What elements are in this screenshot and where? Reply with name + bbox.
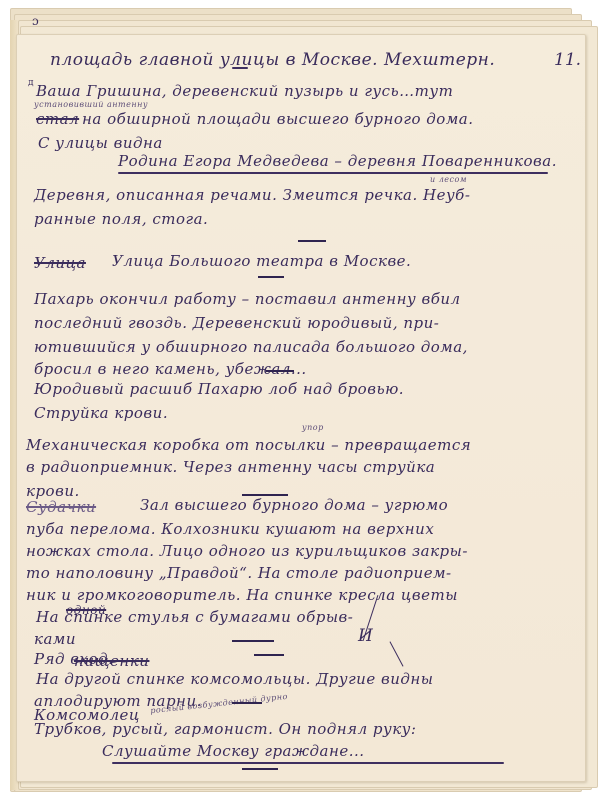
closing-line: Слушайте Москву граждане... xyxy=(102,744,365,759)
manuscript-line: на обширной площади высшего бурного дома… xyxy=(82,112,473,127)
section-dash xyxy=(232,702,262,704)
signature-mark: И xyxy=(358,628,373,645)
manuscript-line: ранные поля, стога. xyxy=(34,212,208,227)
manuscript-line: последний гвоздь. Деревенский юродивый, … xyxy=(34,316,439,331)
manuscript-line: С улицы видна xyxy=(38,136,163,151)
section-dash xyxy=(258,276,284,278)
struck-word: одной xyxy=(66,604,106,616)
interlinear-insert: и лесом xyxy=(430,176,467,184)
manuscript-line: ножках стола. Лицо одного из курильщиков… xyxy=(26,544,468,559)
underline-mark xyxy=(232,67,248,69)
section-dash xyxy=(298,240,326,242)
manuscript-line: Юродивый расшиб Пахарю лоб над бровью. xyxy=(34,382,404,397)
manuscript-line: Механическая коробка от посылки – превра… xyxy=(26,438,471,453)
manuscript-line: площадь главной улицы в Москве. Мехштерн… xyxy=(50,52,495,69)
manuscript-line: Струйка крови. xyxy=(34,406,168,421)
manuscript-line: Зал высшего бурного дома – угрюмо xyxy=(140,498,448,513)
interlinear-insert: установивший антенну xyxy=(34,101,148,109)
underline-mark xyxy=(112,762,504,764)
manuscript-line: то наполовину „Правдой“. На столе радиоп… xyxy=(26,566,452,581)
manuscript-line: в радиоприемник. Через антенну часы стру… xyxy=(26,460,435,475)
interlinear-insert: упор xyxy=(302,424,324,432)
section-dash xyxy=(242,768,278,770)
margin-mark: д xyxy=(28,78,34,88)
manuscript-line: ками xyxy=(34,632,76,647)
section-dash xyxy=(266,370,294,372)
manuscript-line: ютившийся у обширного палисада большого … xyxy=(34,340,468,355)
section-dash xyxy=(232,640,274,642)
manuscript-photo: ɔ площадь главной улицы в Москве. Мехште… xyxy=(0,0,599,800)
manuscript-line: Трубков, русый, гармонист. Он поднял рук… xyxy=(34,722,416,737)
scene-heading: Родина Егора Медведева – деревня Поварен… xyxy=(118,154,557,169)
section-dash xyxy=(254,654,284,656)
manuscript-line: Ваша Гришина, деревенский пузырь и гусь…… xyxy=(36,84,453,99)
scene-heading: Улица Большого театра в Москве. xyxy=(112,254,411,269)
manuscript-line: Пахарь окончил работу – поставил антенну… xyxy=(34,292,461,307)
manuscript-line: пуба перелома. Колхозники кушают на верх… xyxy=(26,522,434,537)
page-number: 11. xyxy=(554,50,581,70)
manuscript-line: Деревня, описанная речами. Змеится речка… xyxy=(34,188,470,203)
manuscript-line: Ряд вход. xyxy=(34,652,113,667)
manuscript-line: На другой спинке комсомольцы. Другие вид… xyxy=(36,672,434,687)
struck-word: стал xyxy=(36,112,79,127)
manuscript-line: ник и громкоговоритель. На спинке кресла… xyxy=(26,588,458,603)
underline-mark xyxy=(118,172,548,174)
back-sheet-mark: ɔ xyxy=(32,14,39,28)
struck-word: Улица xyxy=(34,256,86,271)
struck-word: Судачки xyxy=(26,500,96,515)
manuscript-line: крови. xyxy=(26,484,80,499)
